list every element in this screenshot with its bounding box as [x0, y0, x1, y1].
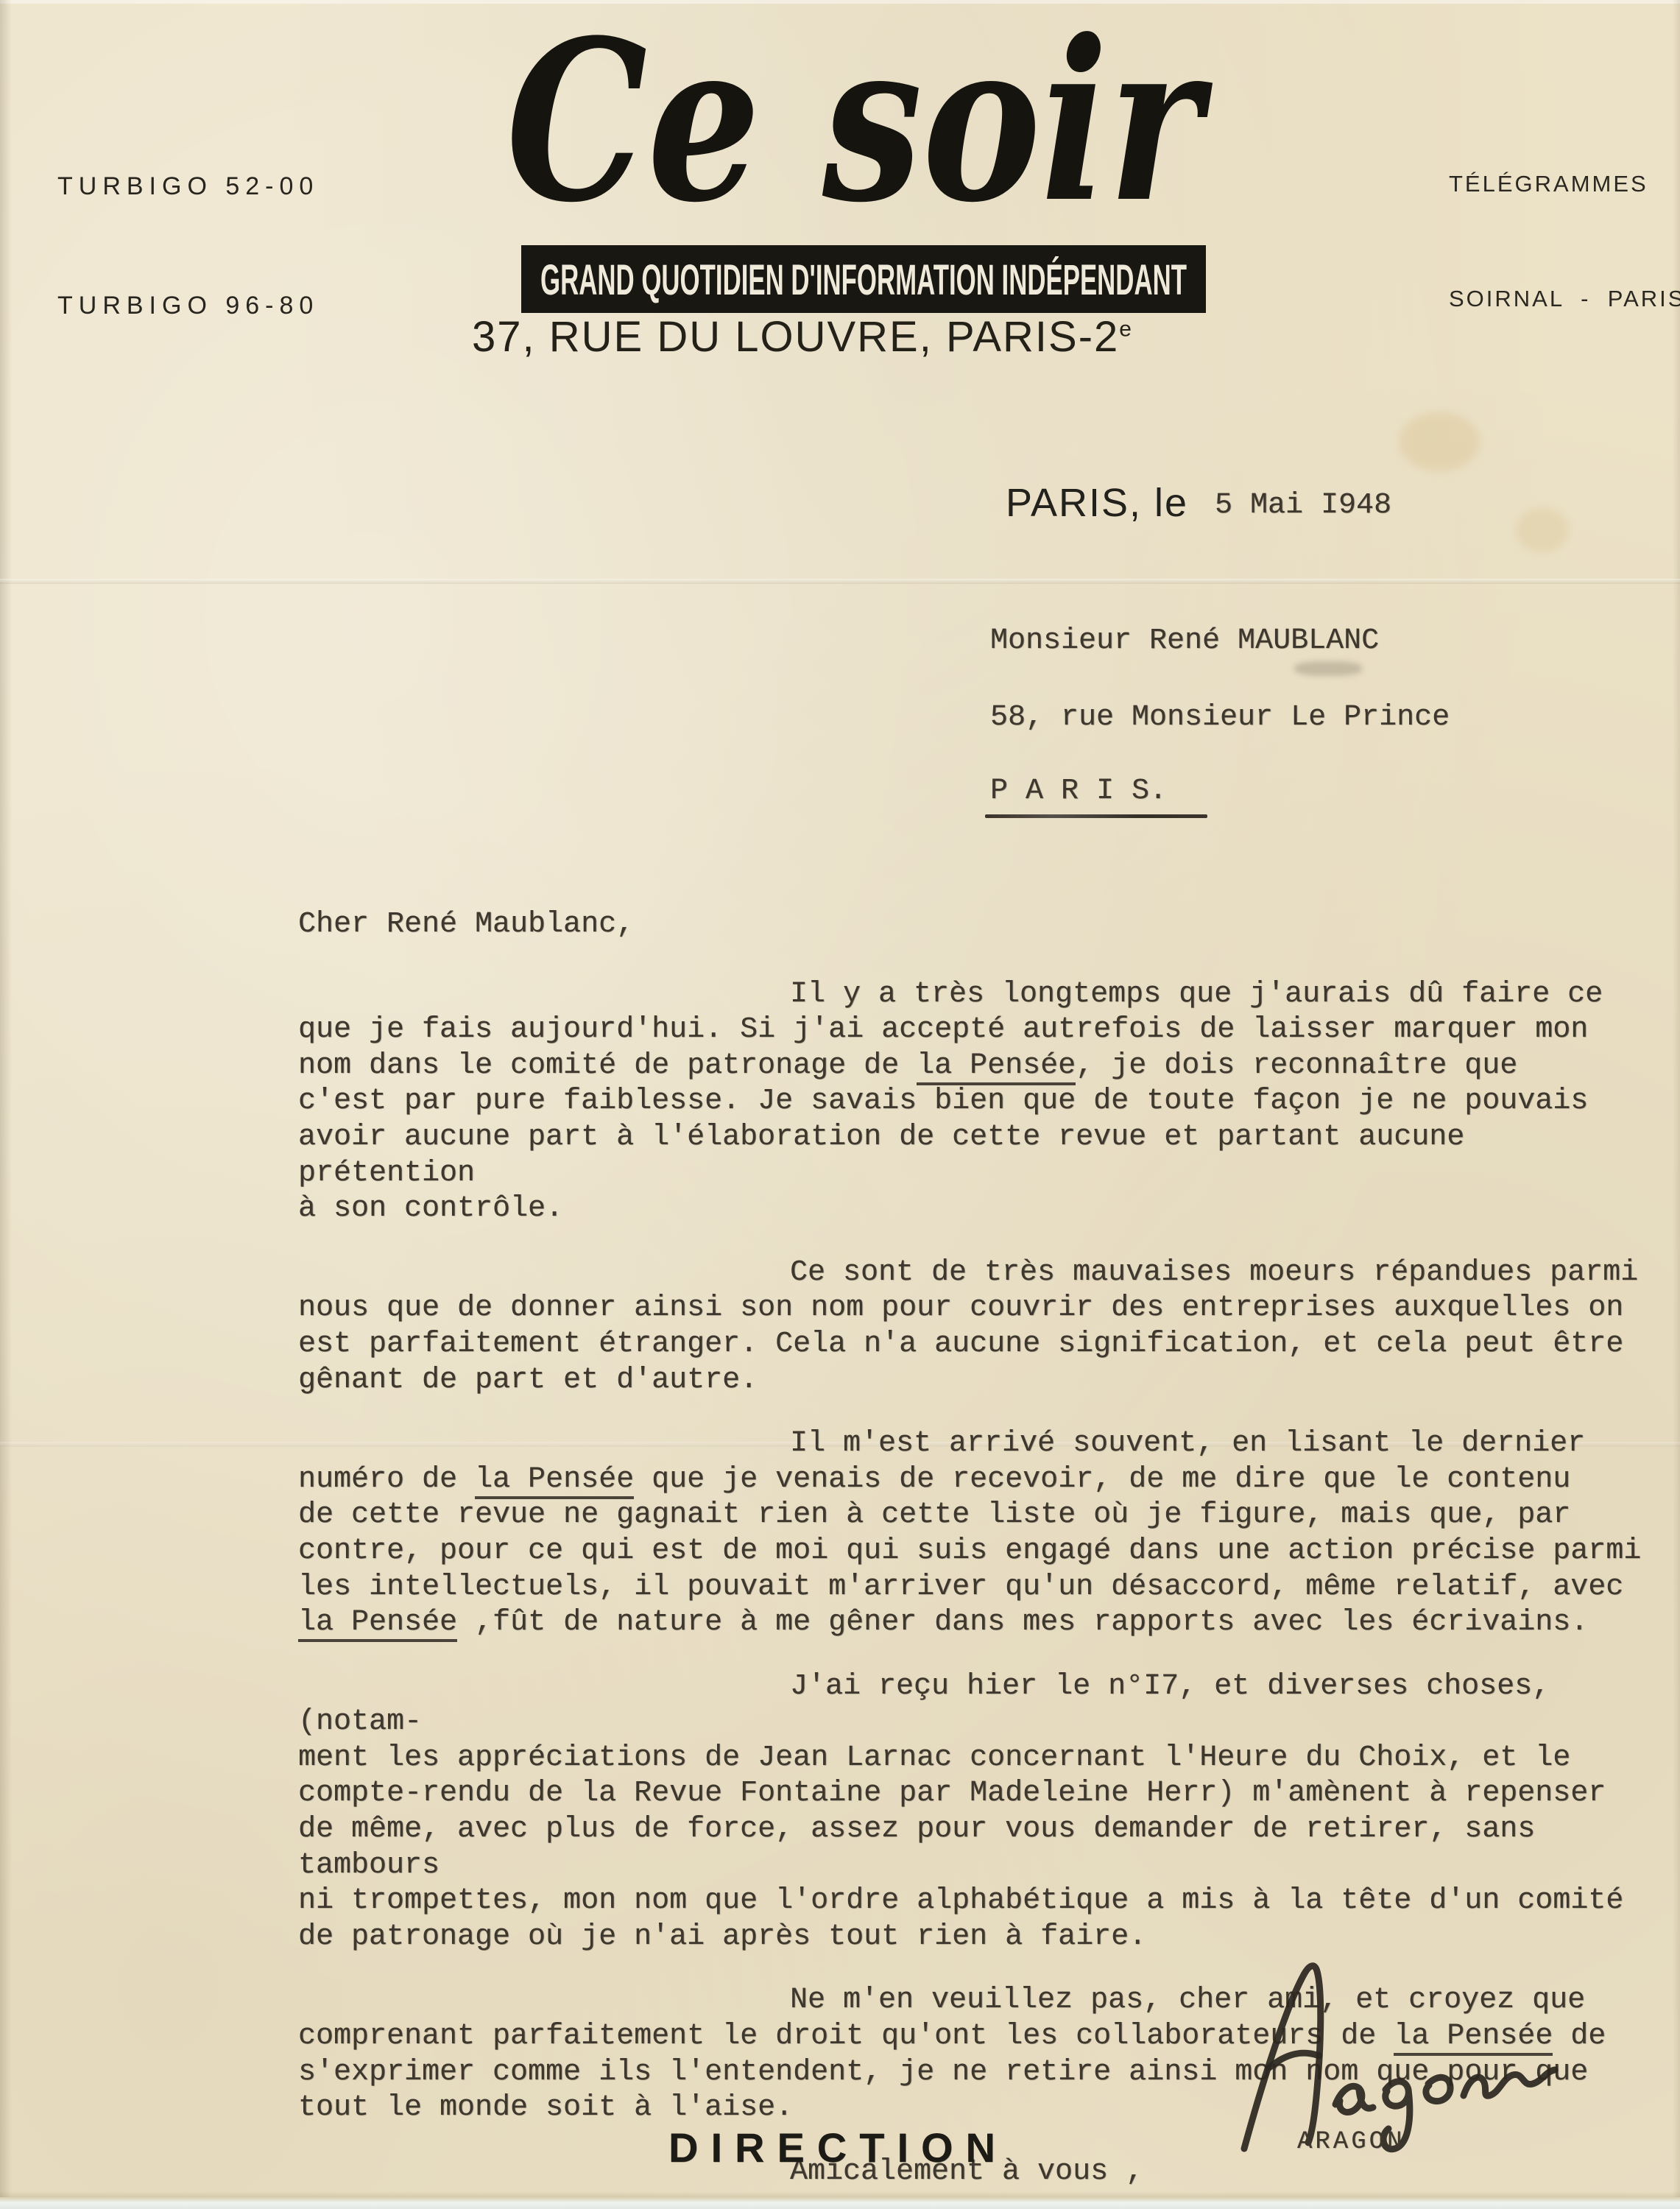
dateline-printed: PARIS, le — [1006, 480, 1188, 526]
typed-signature-name: ARAGON — [1297, 2128, 1405, 2156]
banner: GRAND QUOTIDIEN D'INFORMATION INDÉPENDAN… — [521, 245, 1206, 313]
recipient-city-underline — [985, 814, 1207, 818]
scan-edge-bottom — [0, 2197, 1680, 2209]
dateline-typed: 5 Mai I948 — [1215, 489, 1391, 522]
recipient-city: P A R I S. — [990, 775, 1167, 808]
body-paragraph: Ce sont de très mauvaises moeurs répandu… — [298, 1255, 1645, 1398]
scanned-letter-page: TURBIGO 52-00 TURBIGO 96-80 Ce soir GRAN… — [0, 0, 1680, 2209]
telegrams-label: TÉLÉGRAMMES : — [1449, 165, 1680, 203]
banner-text: GRAND QUOTIDIEN D'INFORMATION INDÉPENDAN… — [540, 256, 1187, 304]
body-paragraph: Il y a très longtemps que j'aurais dû fa… — [298, 977, 1645, 1227]
paper-stain — [1517, 508, 1568, 552]
fold-crease — [0, 579, 1680, 584]
recipient-name: Monsieur René MAUBLANC — [990, 624, 1379, 658]
telegrams-value: SOIRNAL - PARIS — [1449, 280, 1680, 318]
scan-edge-left — [0, 0, 12, 2209]
recipient-street: 58, rue Monsieur Le Prince — [990, 701, 1450, 734]
body-paragraph: J'ai reçu hier le n°I7, et diverses chos… — [298, 1669, 1645, 1956]
body-paragraph: Il m'est arrivé souvent, en lisant le de… — [298, 1426, 1645, 1641]
typewriter-smudge — [1294, 661, 1362, 676]
signature-stroke — [1426, 2077, 1450, 2101]
phone-line-1: TURBIGO 52-00 — [57, 166, 319, 206]
telegrams-block: TÉLÉGRAMMES : SOIRNAL - PARIS — [1449, 88, 1680, 395]
address-superscript: e — [1119, 317, 1133, 342]
signature-stroke — [1464, 2070, 1555, 2096]
salutation: Cher René Maublanc, — [298, 907, 1645, 943]
letterhead-phones: TURBIGO 52-00 TURBIGO 96-80 — [57, 87, 319, 405]
address-line: 37, RUE DU LOUVRE, PARIS-2e — [464, 312, 1141, 362]
address-main: 37, RUE DU LOUVRE, PARIS-2 — [472, 313, 1119, 361]
scan-edge-top — [0, 0, 1680, 4]
phone-line-2: TURBIGO 96-80 — [57, 286, 319, 325]
direction-label: DIRECTION — [668, 2124, 1008, 2171]
signature-stroke — [1335, 2086, 1373, 2112]
ce-soir-logo-text: Ce soir — [507, 16, 1214, 248]
signature-stroke — [1269, 2053, 1319, 2068]
paper-stain — [1399, 412, 1480, 471]
ce-soir-logo: Ce soir — [486, 16, 1222, 248]
